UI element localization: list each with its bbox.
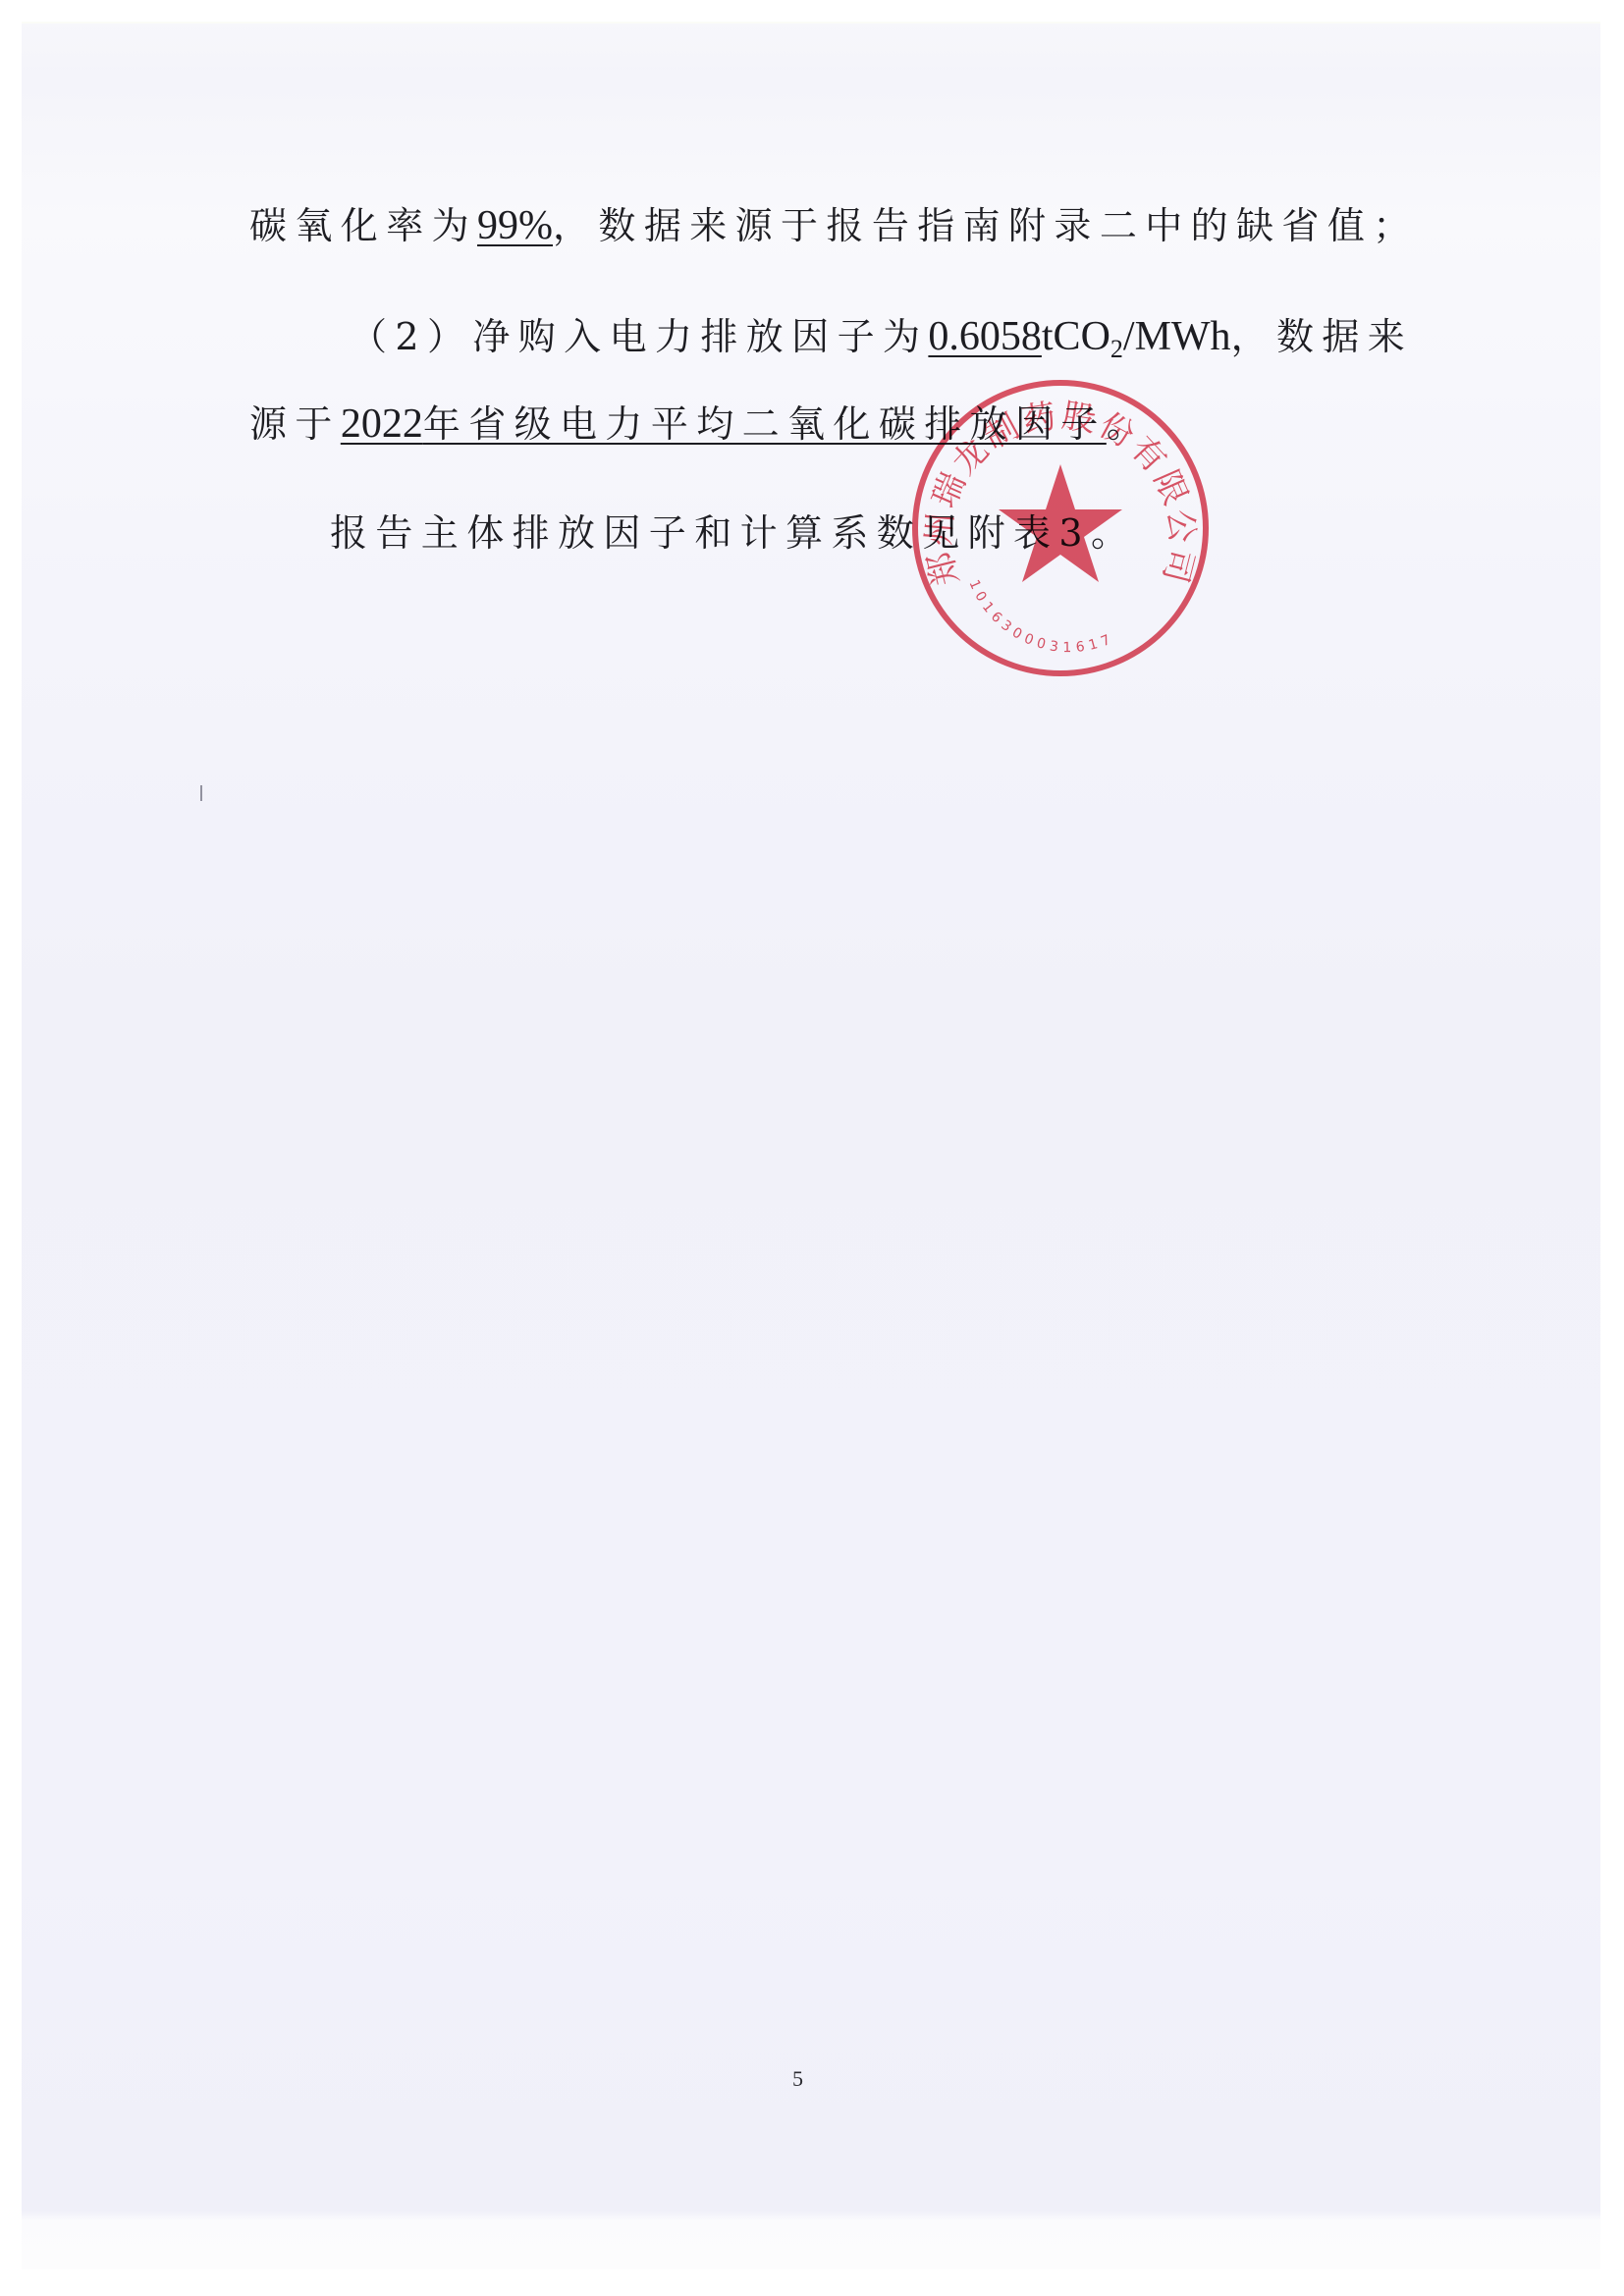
text-segment: 源于	[249, 402, 341, 446]
scan-edge	[22, 22, 1600, 24]
scan-artifact-mark	[200, 785, 202, 801]
emission-factor-value: 0.6058	[928, 314, 1042, 359]
text-segment: ，数据来源于报告指南附录二中的缺省值；	[553, 204, 1419, 247]
emission-factor-unit: tCO2/MWh	[1042, 314, 1231, 359]
text-segment: （2）净购入电力排放因子为	[350, 315, 928, 358]
unit-text: /MWh	[1123, 314, 1231, 359]
unit-subscript: 2	[1110, 335, 1123, 363]
paragraph-line-2: （2）净购入电力排放因子为0.6058tCO2/MWh，数据来	[350, 312, 1413, 374]
paragraph-line-1: 碳氧化率为99%，数据来源于报告指南附录二中的缺省值；	[249, 201, 1419, 250]
unit-text: tCO	[1042, 314, 1110, 359]
text-segment: ，数据来	[1231, 315, 1414, 358]
source-text: 年省级电力平均二氧化碳排放因子	[423, 402, 1107, 446]
paragraph-line-4: 报告主体排放因子和计算系数见附表3。	[330, 508, 1136, 558]
emission-factor-source: 2022年省级电力平均二氧化碳排放因子	[341, 402, 1107, 446]
page-number: 5	[792, 2066, 803, 2092]
paragraph-line-3: 源于2022年省级电力平均二氧化碳排放因子。	[249, 400, 1152, 449]
oxidation-rate-value: 99%	[477, 203, 553, 248]
source-year: 2022	[341, 401, 423, 447]
text-segment: 。	[1107, 402, 1152, 446]
text-segment: 碳氧化率为	[249, 204, 477, 247]
